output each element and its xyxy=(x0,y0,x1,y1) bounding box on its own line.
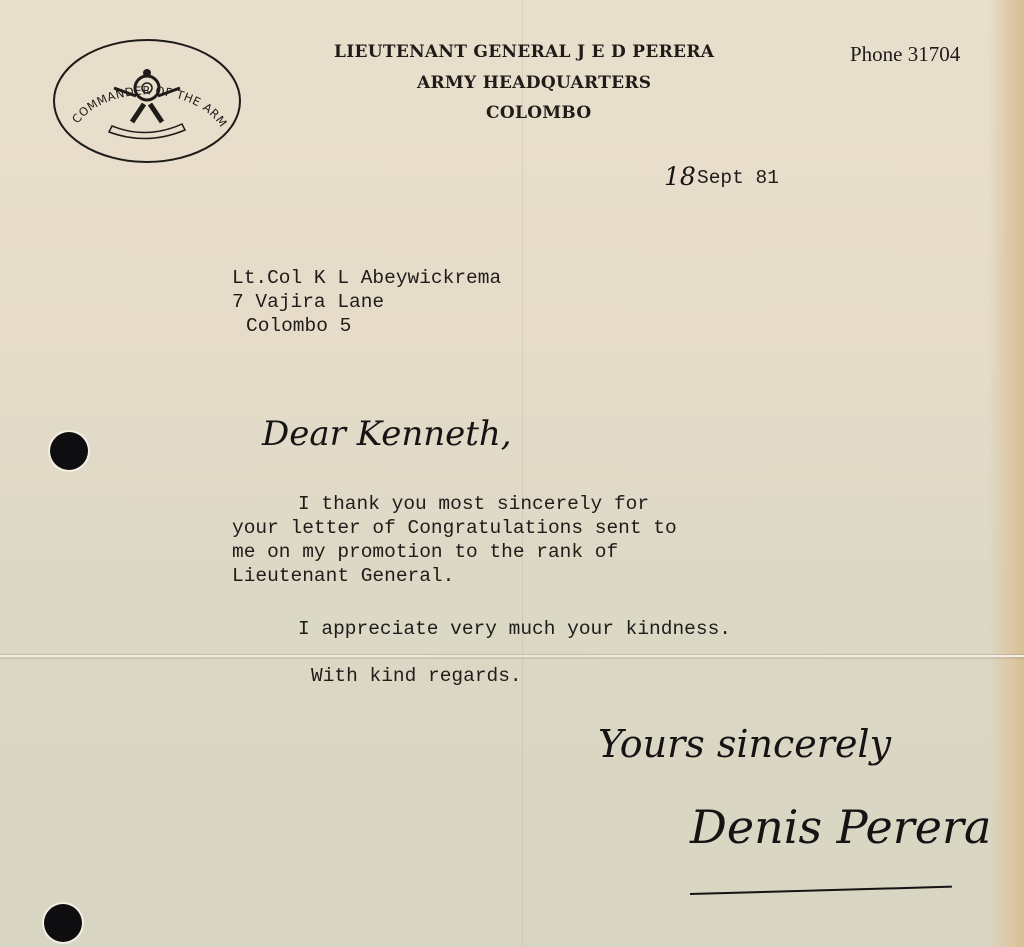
date-month-year: Sept 81 xyxy=(697,166,779,190)
body-line: me on my promotion to the rank of xyxy=(232,540,618,564)
body-line: I thank you most sincerely for xyxy=(298,492,649,516)
letter-paper: COMMANDER OF THE ARMY LIEUTENANT GENERAL… xyxy=(0,0,1024,947)
date-day-handwritten: 18 xyxy=(664,162,696,191)
signature-underline xyxy=(690,886,952,895)
salutation-handwritten: Dear Kenneth, xyxy=(262,414,512,454)
recipient-name: Lt.Col K L Abeywickrema xyxy=(232,266,501,290)
valediction-handwritten: Yours sincerely xyxy=(598,722,891,766)
body-appreciation: I appreciate very much your kindness. xyxy=(298,617,731,641)
body-line: Lieutenant General. xyxy=(232,564,454,588)
recipient-city: Colombo 5 xyxy=(246,314,351,338)
paper-edge-shadow xyxy=(988,0,1024,947)
body-line: your letter of Congratulations sent to xyxy=(232,516,677,540)
closing-regards: With kind regards. xyxy=(311,664,522,688)
punch-hole-icon xyxy=(50,432,88,470)
army-commander-emblem-icon: COMMANDER OF THE ARMY xyxy=(52,38,242,164)
recipient-street: 7 Vajira Lane xyxy=(232,290,384,314)
punch-hole-icon xyxy=(44,904,82,942)
letterhead-name: LIEUTENANT GENERAL J E D PERERA xyxy=(334,42,714,62)
letterhead-office: ARMY HEADQUARTERS xyxy=(417,73,651,93)
horizontal-fold-crease xyxy=(0,655,1024,657)
vertical-fold-crease xyxy=(522,0,523,947)
letterhead-city: COLOMBO xyxy=(486,103,592,123)
signature: Denis Perera xyxy=(690,800,991,854)
letterhead-phone: Phone 31704 xyxy=(850,42,960,67)
